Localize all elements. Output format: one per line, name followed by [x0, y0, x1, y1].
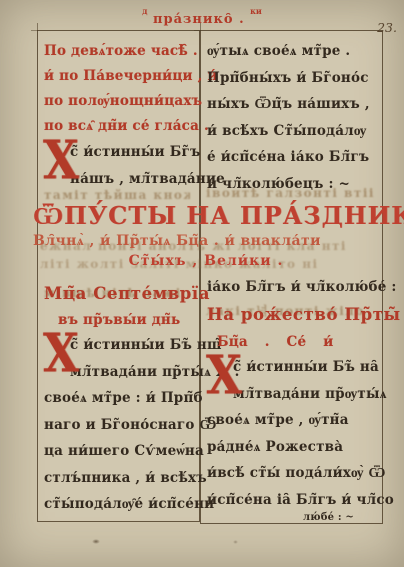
- left-column-frame: По девѧ́тоже часѣ̑ .и́ по Па́вечерни́ци …: [37, 30, 200, 522]
- running-title-text: пра́знико̑ .: [153, 12, 245, 27]
- manuscript-line: ѹ́тыѧ свое́ѧ мт̃ре .: [207, 38, 376, 65]
- heading-line-2: Вл̑чнѧ̀ , и́ Пр̃ты́ѧ Бц̃а . и́ внакла́ти: [33, 231, 379, 252]
- manuscript-line: и́сп̃се́на іа̑ Бл̃гъ и́ чл̃со: [207, 487, 376, 514]
- manuscript-line: свое́ѧ мт̃ре : и́ Прп̃б: [44, 385, 193, 412]
- text-block: Хс̃ и́стинны́и Бг̃ъна́шъ , мл̃твада́ние: [44, 139, 193, 193]
- manuscript-line: и́ чл̃колю́бецъ : ~: [207, 171, 376, 198]
- manuscript-line: ца ни́шего Сѵ́меѡ́на: [44, 438, 193, 465]
- manuscript-line: ны́хъ Ѿц̃ъ на́шихъ ,: [207, 91, 376, 118]
- heading-line-1: ѾПУ́СТЫ НА ПРА́ЗДНИКИ: [33, 201, 379, 231]
- manuscript-line: іа́ко Бл̃гъ и́ чл̃колю́бе́ :: [207, 274, 376, 300]
- ornate-initial: Х: [206, 352, 228, 398]
- ornate-initial: Х: [43, 137, 65, 183]
- manuscript-line: и́ по Па́вечерни́ци , и́: [44, 64, 193, 89]
- manuscript-line: ст̃ы́пода́лѹ̑е́ и́сп̃се́ни: [44, 491, 193, 518]
- right-column-frame: ѹ́тыѧ свое́ѧ мт̃ре .Прп̃бны́хъ и́ Бг̃оно…: [200, 30, 383, 524]
- section-heading: ѾПУ́СТЫ НА ПРА́ЗДНИКИ Вл̑чнѧ̀ , и́ Пр̃ты…: [33, 201, 379, 270]
- text-block: По девѧ́тоже часѣ̑ .и́ по Па́вечерни́ци …: [44, 39, 193, 139]
- ink-stain: [92, 539, 100, 544]
- manuscript-line: и́ всѣ́хъ Ст̃ы́пода́лѹ: [207, 118, 376, 145]
- text-block: Хс̃ и́стинны́и Бъ̃ на̑мл̃твада́ни пр̃ѹты…: [207, 354, 376, 513]
- manuscript-line: и́всѣ́ ст̃ы́ пода́ли́хѹ̀ Ѿ: [207, 460, 376, 487]
- text-block: лю́бе́ : ~: [207, 513, 376, 523]
- manuscript-line: свое́ѧ мт̃ре , ѹ́тн̃а: [207, 407, 376, 434]
- text-block: На рож́ество́ Пр̃ты̃: [207, 300, 376, 330]
- text-block: ѹ́тыѧ свое́ѧ мт̃ре .Прп̃бны́хъ и́ Бг̃оно…: [207, 38, 376, 197]
- manuscript-line: Мц̃а Септе́мврїа: [44, 279, 193, 309]
- left-column-text: По девѧ́тоже часѣ̑ .и́ по Па́вечерни́ци …: [38, 31, 199, 518]
- manuscript-line: На рож́ество́ Пр̃ты̃: [207, 300, 376, 330]
- right-column-text: ѹ́тыѧ свое́ѧ мт̃ре .Прп̃бны́хъ и́ Бг̃оно…: [201, 31, 382, 523]
- manuscript-line: наго и Бг̃оно́снаго Ѿ: [44, 412, 193, 439]
- manuscript-line: стлъ́пника , и́ всѣ́хъ: [44, 465, 193, 492]
- running-title-superscript-left: д: [142, 6, 147, 16]
- folio-number: 23.: [377, 20, 397, 35]
- manuscript-line: ра́дне́ѧ Рожества̀: [207, 434, 376, 461]
- manuscript-line: Прп̃бны́хъ и́ Бг̃оно́с: [207, 65, 376, 92]
- text-block: Мц̃а Септе́мврїа: [44, 279, 193, 309]
- heading-line-3: Ст̃ы́хъ , Вели́ки .: [33, 252, 379, 270]
- running-title: д пра́знико̑ . ки: [0, 6, 404, 27]
- manuscript-page: д пра́знико̑ . ки 23. По девѧ́тоже часѣ̑…: [0, 0, 404, 567]
- text-block: іа́ко Бл̃гъ и́ чл̃колю́бе́ :: [207, 274, 376, 300]
- ink-stain: [233, 540, 238, 544]
- manuscript-line: по полѹ́нощни́цахъ: [44, 89, 193, 114]
- manuscript-line: По девѧ́тоже часѣ̑ .: [44, 39, 193, 64]
- running-title-superscript-right: ки: [250, 6, 262, 16]
- text-block: Хс̃ и́стинны́и Бъ̃ нш̃мл̃твада́ни пр̃ты́…: [44, 332, 193, 518]
- ornate-initial: Х: [43, 330, 65, 376]
- manuscript-line: лю́бе́ : ~: [207, 513, 376, 523]
- manuscript-line: е́ и́сп̃се́на іа́ко Бл̃гъ: [207, 144, 376, 171]
